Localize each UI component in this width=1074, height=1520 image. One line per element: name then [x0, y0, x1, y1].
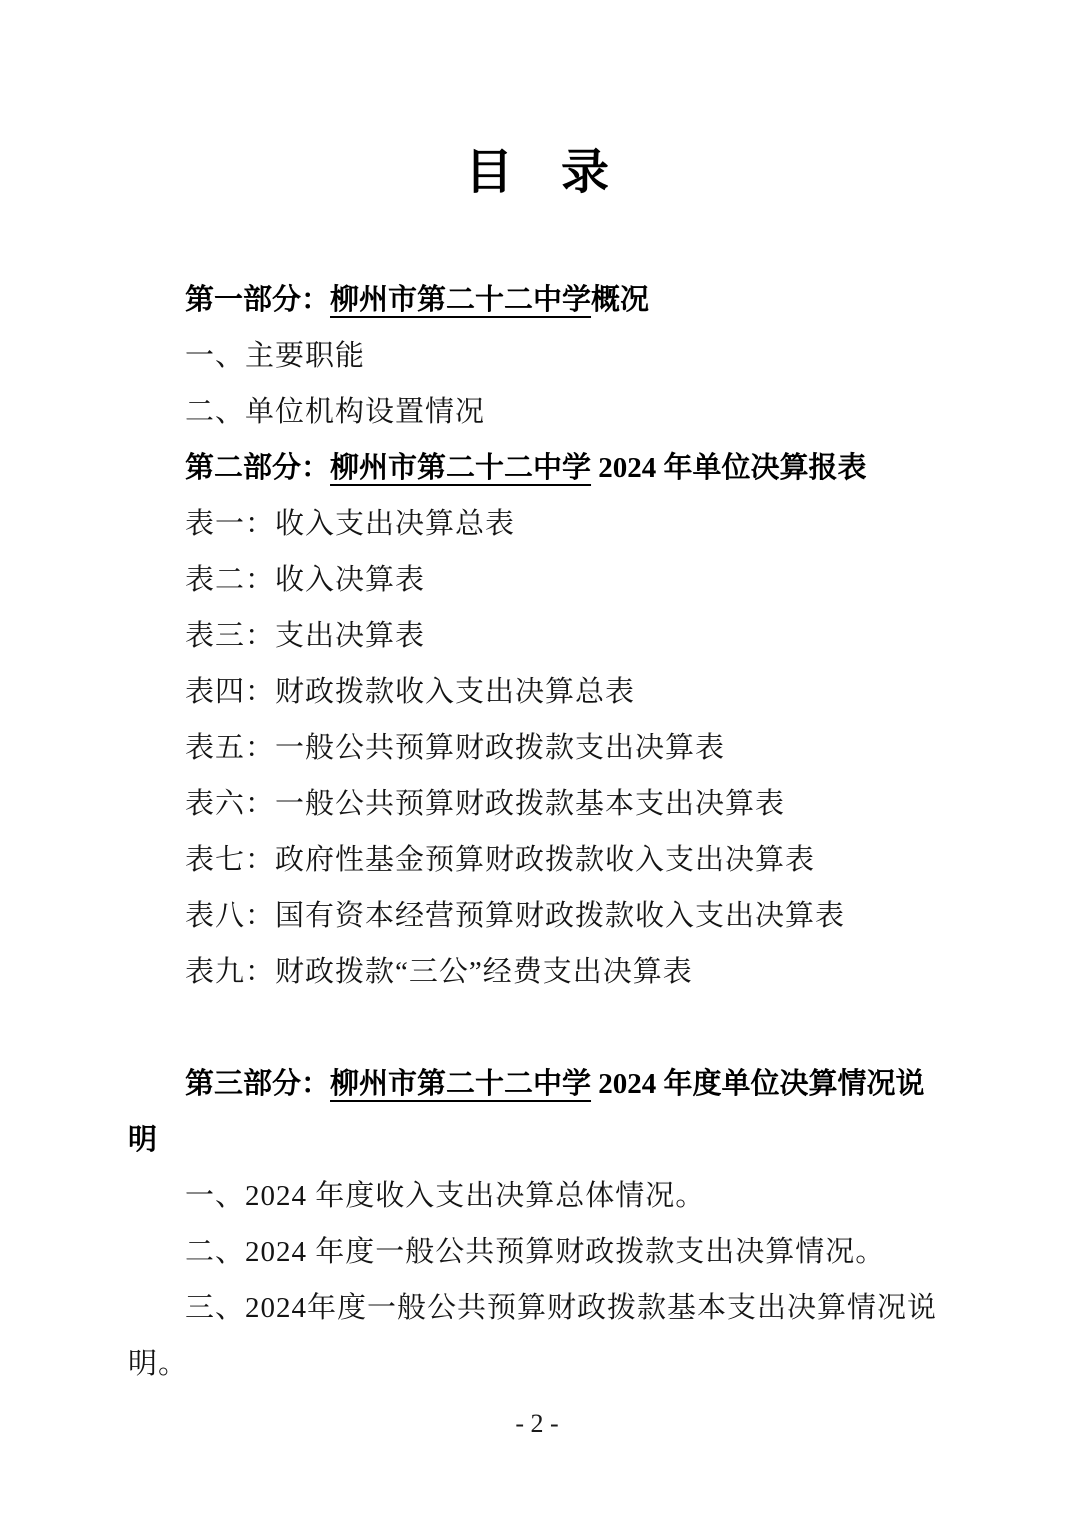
- toc-part2-table-4: 表四：财政拨款收入支出决算总表: [128, 664, 1014, 720]
- blank-line: [128, 1000, 1014, 1056]
- part1-rest: 概况: [591, 284, 649, 316]
- toc-part3-heading-line1: 第三部分：柳州市第二十二中学 2024 年度单位决算情况说: [128, 1056, 1014, 1112]
- toc-part2-table-6: 表六：一般公共预算财政拨款基本支出决算表: [128, 776, 1014, 832]
- part2-label: 第二部分：: [185, 452, 330, 484]
- part3-rest-line1: 2024 年度单位决算情况说: [591, 1068, 925, 1100]
- toc-part2-table-7: 表七：政府性基金预算财政拨款收入支出决算表: [128, 832, 1014, 888]
- toc-part2-table-3: 表三：支出决算表: [128, 608, 1014, 664]
- part1-school-underlined: 柳州市第二十二中学: [330, 284, 591, 316]
- toc-part2-table-8: 表八：国有资本经营预算财政拨款收入支出决算表: [128, 888, 1014, 944]
- toc-part3-item-1: 一、2024 年度收入支出决算总体情况。: [128, 1168, 1014, 1224]
- toc-part3-heading-line2: 明: [128, 1112, 1014, 1168]
- toc-part1-heading: 第一部分：柳州市第二十二中学概况: [128, 272, 1014, 328]
- part1-label: 第一部分：: [185, 284, 330, 316]
- part2-rest: 2024 年单位决算报表: [591, 452, 867, 484]
- toc-part2-table-9: 表九：财政拨款“三公”经费支出决算表: [128, 944, 1014, 1000]
- part3-label: 第三部分：: [185, 1068, 330, 1100]
- document-page: 目 录 第一部分：柳州市第二十二中学概况 一、主要职能 二、单位机构设置情况 第…: [0, 0, 1074, 1520]
- toc-part2-table-5: 表五：一般公共预算财政拨款支出决算表: [128, 720, 1014, 776]
- toc-part2-heading: 第二部分：柳州市第二十二中学 2024 年单位决算报表: [128, 440, 1014, 496]
- toc-part1-item-1: 一、主要职能: [128, 328, 1014, 384]
- table-of-contents: 第一部分：柳州市第二十二中学概况 一、主要职能 二、单位机构设置情况 第二部分：…: [128, 272, 1014, 1392]
- toc-part3-item-3-line1: 三、2024年度一般公共预算财政拨款基本支出决算情况说: [128, 1280, 1014, 1336]
- toc-part2-table-2: 表二：收入决算表: [128, 552, 1014, 608]
- page-title: 目 录: [0, 138, 1074, 208]
- toc-part3-item-3-line2: 明。: [128, 1336, 1014, 1392]
- toc-part2-table-1: 表一：收入支出决算总表: [128, 496, 1014, 552]
- toc-part3-item-2: 二、2024 年度一般公共预算财政拨款支出决算情况。: [128, 1224, 1014, 1280]
- toc-part1-item-2: 二、单位机构设置情况: [128, 384, 1014, 440]
- part2-school-underlined: 柳州市第二十二中学: [330, 452, 591, 484]
- part3-school-underlined: 柳州市第二十二中学: [330, 1068, 591, 1100]
- page-number: - 2 -: [0, 1404, 1074, 1444]
